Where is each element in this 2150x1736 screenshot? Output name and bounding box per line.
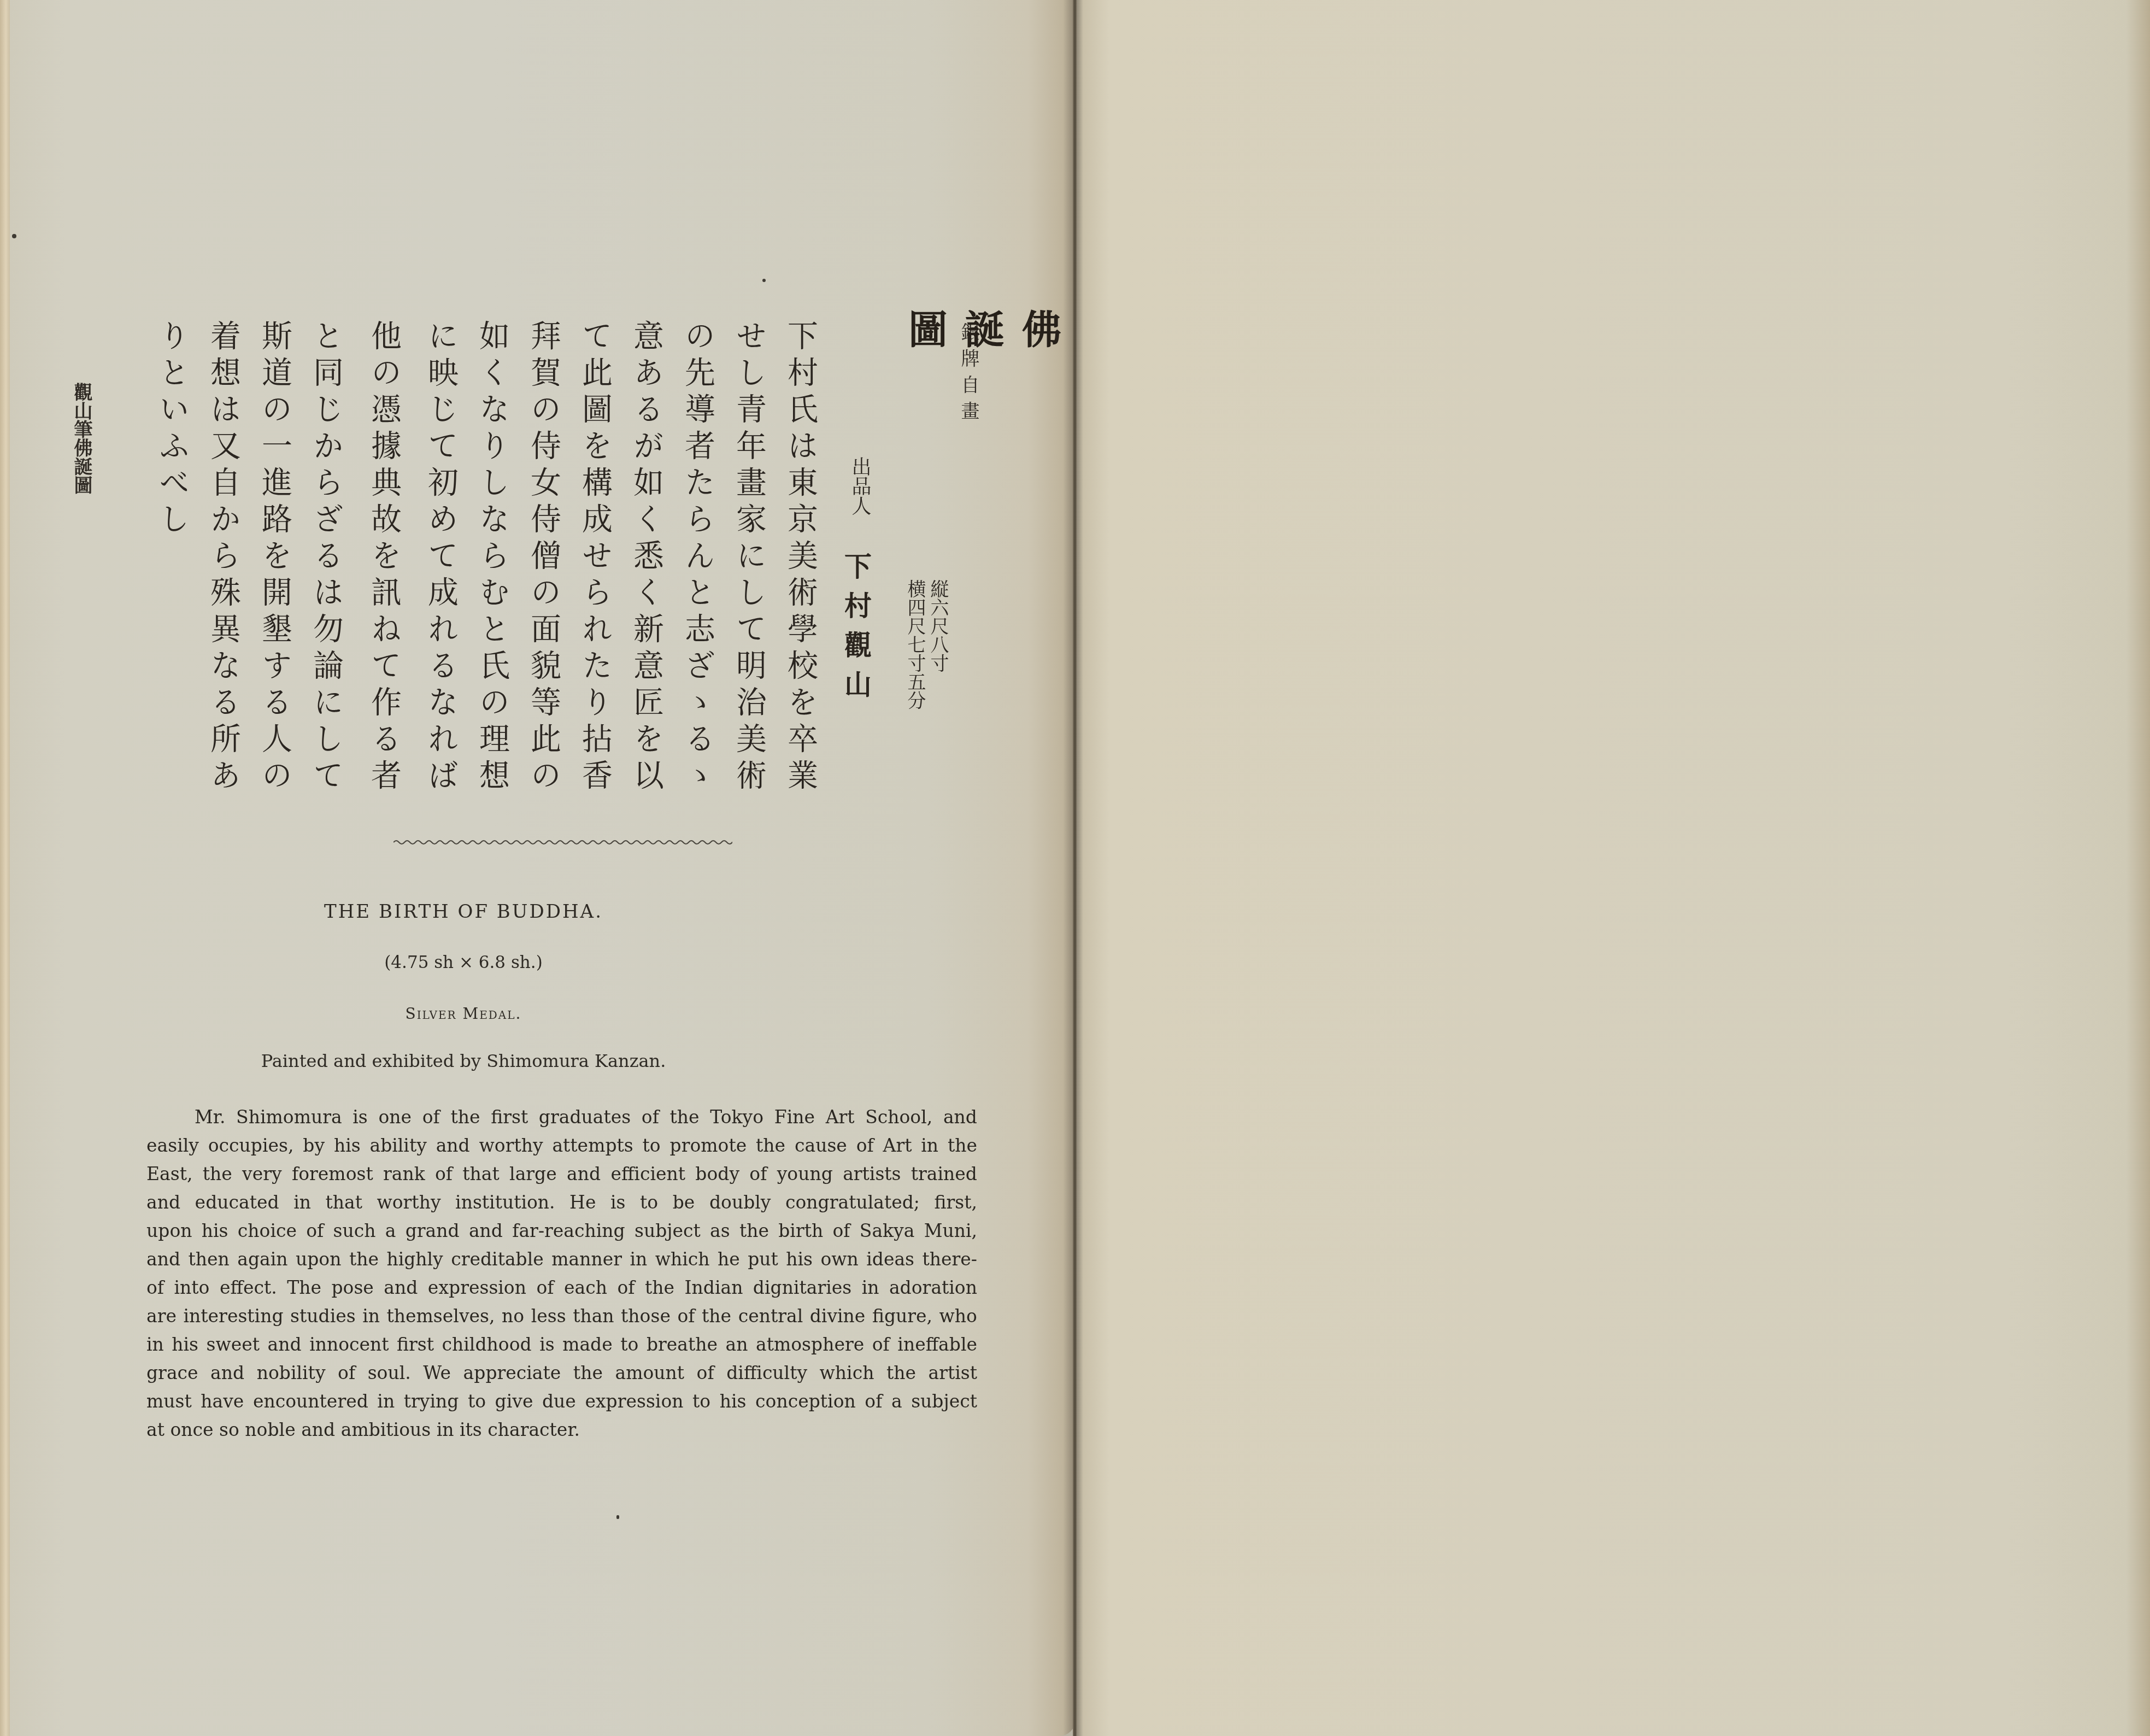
body-column: 下村氏は東京美術學校を卒業	[778, 320, 822, 796]
paragraph-line: and educated in that worthy institution.…	[146, 1188, 977, 1217]
paragraph-line: East, the very foremost rank of that lar…	[146, 1160, 977, 1188]
body-column: りといふべし	[150, 320, 193, 539]
right-page	[1077, 0, 2150, 1736]
exhibitor-label: 出品人	[846, 456, 874, 515]
paragraph-line: in his sweet and innocent first childhoo…	[146, 1330, 977, 1359]
ink-speck	[762, 279, 766, 282]
paragraph-line: must have encountered in trying to give …	[146, 1387, 977, 1416]
english-medal: Silver Medal.	[146, 1005, 780, 1023]
page-edge	[0, 0, 10, 1736]
book-spread: 銀牌自畫 佛 誕 圖 縦六尺八寸 横四尺七寸五分 出品人 下村觀山 下村氏は東京…	[0, 0, 2150, 1736]
size-vertical: 縦六尺八寸	[925, 579, 951, 672]
english-credit: Painted and exhibited by Shimomura Kanza…	[146, 1051, 780, 1071]
paragraph-line: of into effect. The pose and expression …	[146, 1274, 977, 1302]
english-title: THE BIRTH OF BUDDHA.	[146, 901, 780, 923]
paragraph-line: Mr. Shimomura is one of the first gradua…	[146, 1103, 977, 1131]
title-char: 圖	[896, 309, 953, 408]
paragraph-line: at once so noble and ambitious in its ch…	[146, 1416, 977, 1444]
body-column: て此圖を構成せられたり拈香	[573, 320, 616, 796]
left-page: 銀牌自畫 佛 誕 圖 縦六尺八寸 横四尺七寸五分 出品人 下村觀山 下村氏は東京…	[0, 0, 1076, 1736]
body-column: せし青年畫家にして明治美術	[727, 320, 771, 796]
english-paragraph: Mr. Shimomura is one of the first gradua…	[146, 1103, 977, 1444]
english-dimensions: (4.75 sh × 6.8 sh.)	[146, 953, 780, 972]
title-char: 佛	[1010, 309, 1067, 348]
body-column: 斯道の一進路を開墾する人の	[252, 320, 296, 796]
body-column: 着想は又自から殊異なる所あ	[201, 320, 245, 796]
body-column: 意あるが如く悉く新意匠を以	[624, 320, 668, 796]
margin-caption: 觀山筆佛誕圖	[68, 383, 95, 494]
ink-speck	[12, 234, 16, 238]
paragraph-line: upon his choice of such a grand and far-…	[146, 1217, 977, 1245]
title-char: 誕	[953, 309, 1010, 348]
title-jp: 佛 誕 圖	[896, 309, 1067, 408]
body-column: 他の憑據典故を訊ねて作る者	[362, 320, 406, 796]
paragraph-line: easily occupies, by his ability and wort…	[146, 1131, 977, 1160]
body-column: 拜賀の侍女侍僧の面貌等此の	[521, 320, 565, 796]
body-column: の先導者たらんと志ざゝるゝ	[675, 320, 719, 796]
body-column: に映じて初めて成れるなれば	[419, 320, 462, 796]
paragraph-line: and then again upon the highly creditabl…	[146, 1245, 977, 1274]
artist-name-jp: 下村觀山	[836, 552, 876, 709]
body-column: 如くなりしならむと氏の理想	[470, 320, 514, 796]
paragraph-line: grace and nobility of soul. We appreciat…	[146, 1359, 977, 1387]
ink-speck	[616, 1515, 619, 1519]
body-column: と同じからざるは勿論にして	[304, 320, 348, 796]
wavy-divider	[393, 839, 732, 846]
size-horizontal: 横四尺七寸五分	[902, 579, 929, 709]
paragraph-line: are interesting studies in themselves, n…	[146, 1302, 977, 1330]
